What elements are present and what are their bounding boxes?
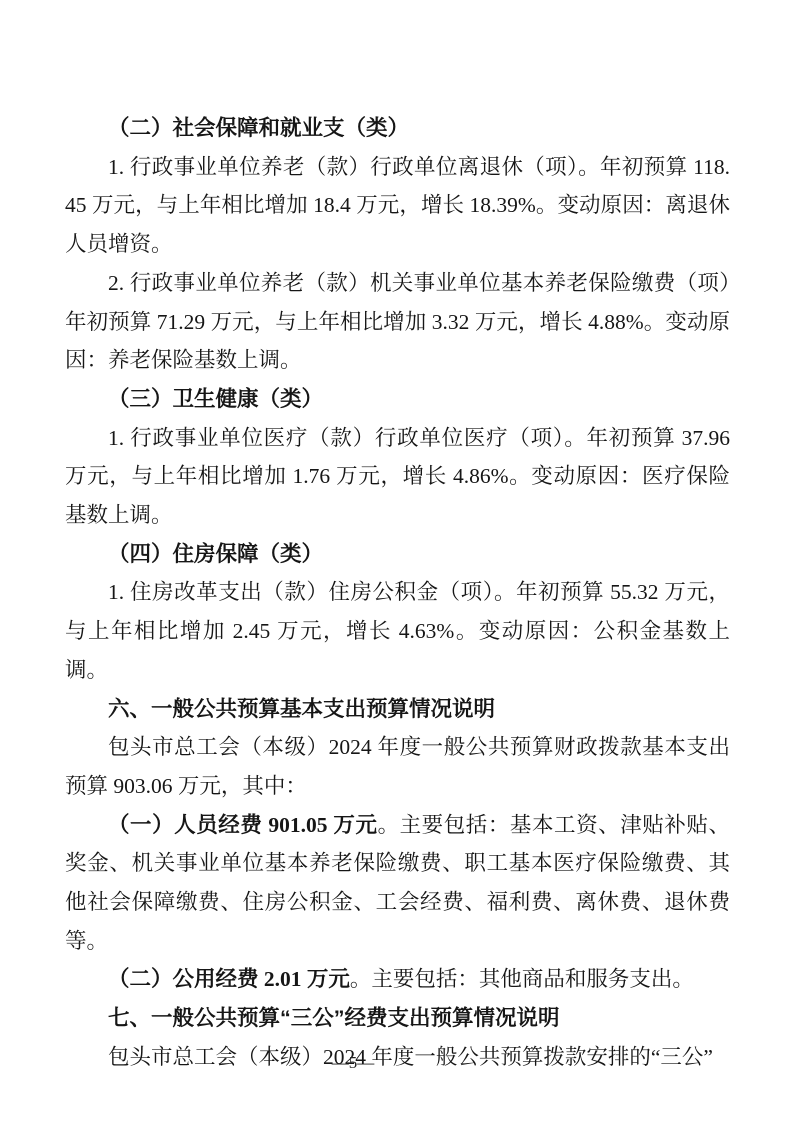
para-public-expense: （二）公用经费 2.01 万元。主要包括：其他商品和服务支出。	[65, 960, 730, 999]
section-heading-basic-expenditure: 六、一般公共预算基本支出预算情况说明	[65, 690, 730, 729]
section-heading-housing: （四）住房保障（类）	[65, 535, 730, 574]
para-three-public-intro: 包头市总工会（本级）2024 年度一般公共预算拨款安排的“三公”	[65, 1038, 730, 1077]
section-heading-social-security: （二）社会保障和就业支（类）	[65, 109, 730, 148]
section-heading-three-public: 七、一般公共预算“三公”经费支出预算情况说明	[65, 999, 730, 1038]
document-body: （二）社会保障和就业支（类） 1. 行政事业单位养老（款）行政单位离退休（项）。…	[65, 109, 730, 1077]
para-admin-pension-retirees: 1. 行政事业单位养老（款）行政单位离退休（项）。年初预算 118.45 万元，…	[65, 148, 730, 264]
document-page: （二）社会保障和就业支（类） 1. 行政事业单位养老（款）行政单位离退休（项）。…	[0, 0, 794, 1123]
para-admin-medical: 1. 行政事业单位医疗（款）行政单位医疗（项）。年初预算 37.96 万元，与上…	[65, 419, 730, 535]
personnel-expense-lead: （一）人员经费 901.05 万元	[108, 813, 378, 837]
para-basic-expenditure-total: 包头市总工会（本级）2024 年度一般公共预算财政拨款基本支出预算 903.06…	[65, 728, 730, 805]
para-personnel-expense: （一）人员经费 901.05 万元。主要包括：基本工资、津贴补贴、奖金、机关事业…	[65, 806, 730, 961]
para-housing-fund: 1. 住房改革支出（款）住房公积金（项）。年初预算 55.32 万元，与上年相比…	[65, 573, 730, 689]
para-admin-pension-insurance: 2. 行政事业单位养老（款）机关事业单位基本养老保险缴费（项）年初预算 71.2…	[65, 264, 730, 380]
page-number: —5—	[313, 1052, 393, 1073]
public-expense-detail: 。主要包括：其他商品和服务支出。	[350, 967, 694, 991]
section-heading-health: （三）卫生健康（类）	[65, 380, 730, 419]
public-expense-lead: （二）公用经费 2.01 万元	[108, 967, 350, 991]
